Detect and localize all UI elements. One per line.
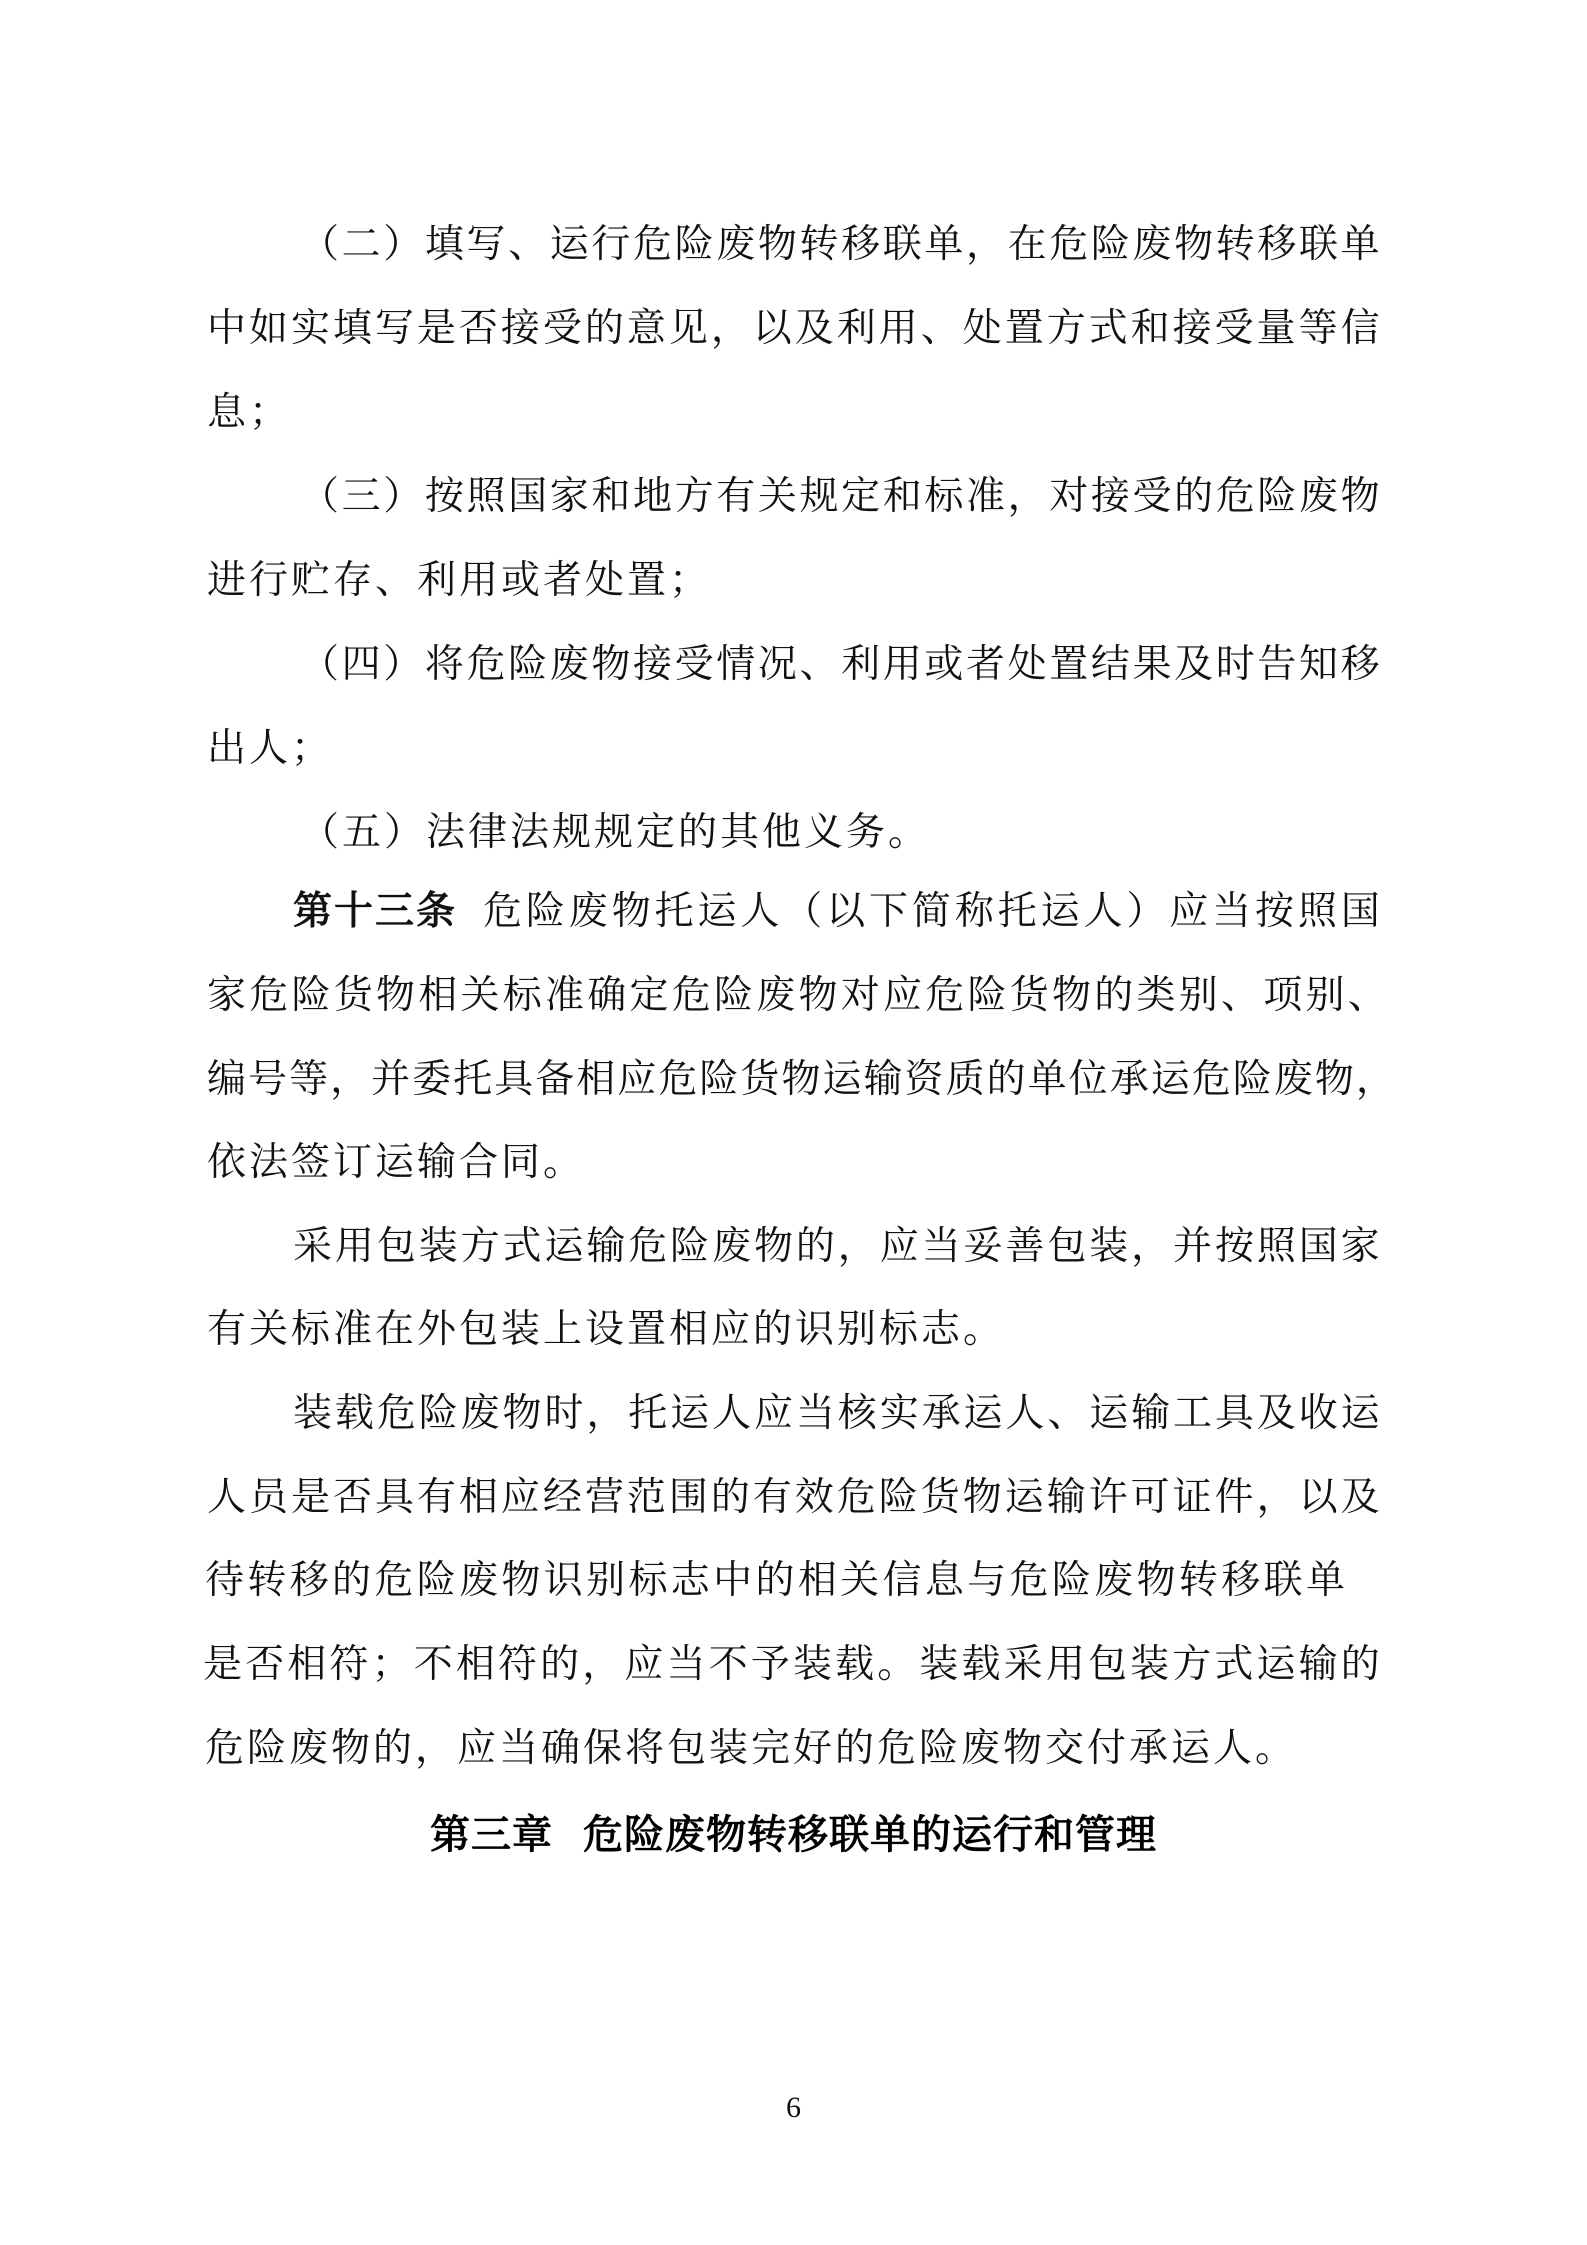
document-page: （二）填写、运行危险废物转移联单，在危险废物转移联单 中如实填写是否接受的意见，…	[0, 0, 1587, 2245]
article-13-para-3-line-4: 是否相符；不相符的，应当不予装载。装载采用包装方式运输的	[203, 1640, 1380, 1690]
paragraph-item-2-line-3: 息；	[207, 388, 291, 438]
paragraph-item-2-line-2: 中如实填写是否接受的意见，以及利用、处置方式和接受量等信	[207, 304, 1380, 354]
article-13-line-3: 编号等，并委托具备相应危险货物运输资质的单位承运危险废物，	[207, 1055, 1395, 1105]
article-13-para-2-line-2: 有关标准在外包装上设置相应的识别标志。	[207, 1305, 1005, 1355]
chapter-title: 危险废物转移联单的运行和管理	[583, 1812, 1157, 1858]
article-13-para-3-line-1: 装载危险废物时，托运人应当核实承运人、运输工具及收运	[293, 1389, 1380, 1439]
paragraph-item-4-line-1: （四）将危险废物接受情况、利用或者处置结果及时告知移	[300, 640, 1380, 690]
article-13-para-3-line-2: 人员是否具有相应经营范围的有效危险货物运输许可证件，以及	[207, 1473, 1380, 1523]
paragraph-item-3-line-2: 进行贮存、利用或者处置；	[207, 556, 711, 606]
chapter-heading: 第三章危险废物转移联单的运行和管理	[0, 1808, 1587, 1862]
article-13-line-2: 家危险货物相关标准确定危险废物对应危险货物的类别、项别、	[207, 971, 1387, 1021]
article-13-para-3-line-3: 待转移的危险废物识别标志中的相关信息与危险废物转移联单	[205, 1556, 1345, 1606]
article-13-line-1-text: 危险废物托运人（以下简称托运人）应当按照国	[483, 887, 1380, 937]
article-13-line-1: 第十三条 危险废物托运人（以下简称托运人）应当按照国	[293, 887, 1380, 937]
paragraph-item-2-line-1: （二）填写、运行危险废物转移联单，在危险废物转移联单	[300, 220, 1380, 270]
paragraph-item-4-line-2: 出人；	[207, 724, 333, 774]
paragraph-item-5-line-1: （五）法律法规规定的其他义务。	[300, 808, 930, 858]
chapter-number: 第三章	[430, 1812, 553, 1858]
article-label: 第十三条	[293, 887, 457, 937]
page-number: 6	[0, 2090, 1587, 2126]
article-13-para-3-line-5: 危险废物的，应当确保将包装完好的危险废物交付承运人。	[205, 1724, 1297, 1774]
article-13-line-4: 依法签订运输合同。	[207, 1138, 585, 1188]
paragraph-item-3-line-1: （三）按照国家和地方有关规定和标准，对接受的危险废物	[300, 472, 1380, 522]
article-13-para-2-line-1: 采用包装方式运输危险废物的，应当妥善包装，并按照国家	[293, 1222, 1380, 1272]
